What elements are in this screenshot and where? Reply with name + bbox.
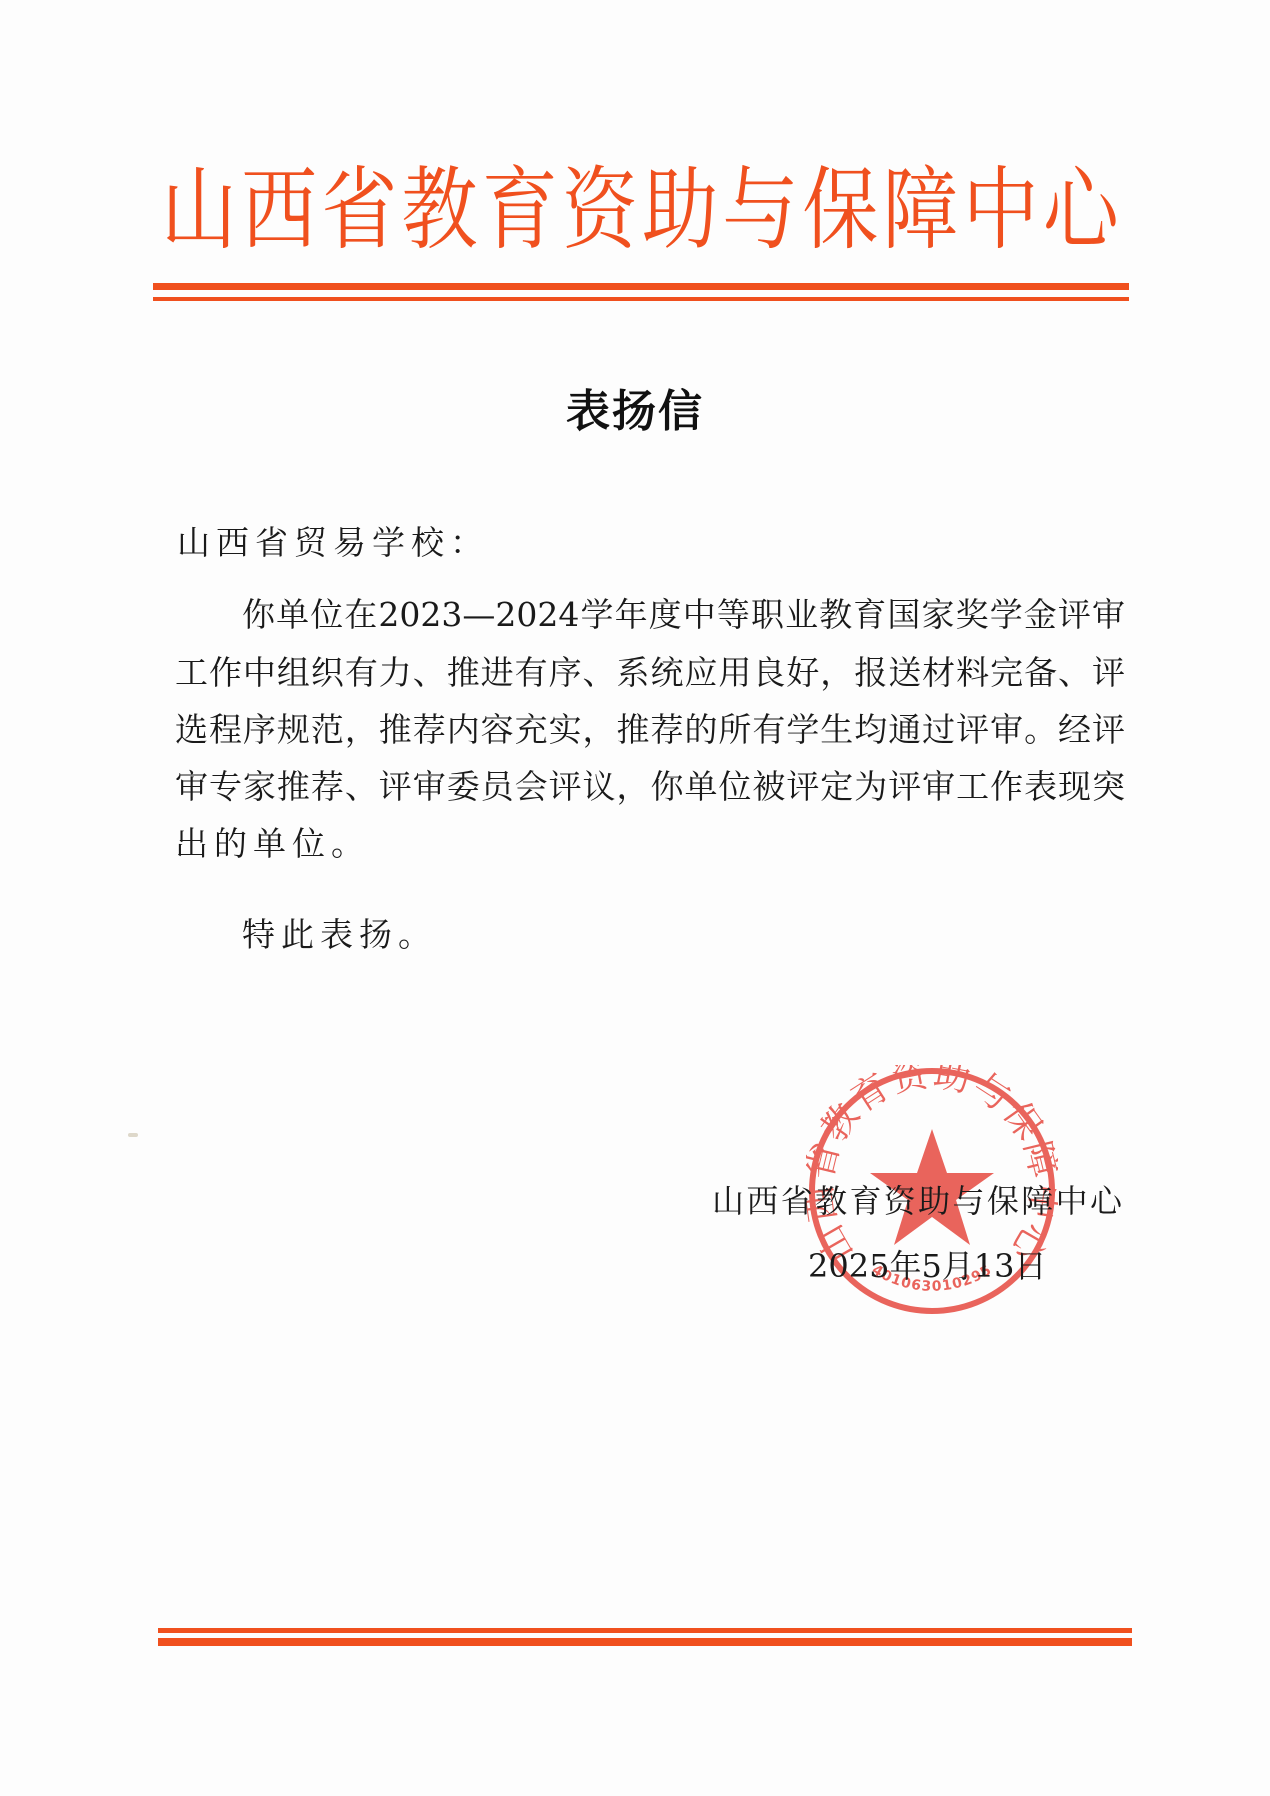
letterhead-organization: 山 西 省 教 育 资 助 与 保 障 中 心 — [160, 160, 1120, 260]
footer-rule-thick — [158, 1638, 1132, 1646]
document-page: 山 西 省 教 育 资 助 与 保 障 中 心 表扬信 山西省贸易学校： 你单位… — [0, 0, 1270, 1796]
footer-rule-thin — [158, 1628, 1132, 1633]
letterhead-char: 山 — [160, 151, 238, 269]
letterhead-char: 资 — [561, 151, 639, 269]
letterhead-char: 西 — [240, 151, 318, 269]
letterhead-char: 育 — [481, 151, 559, 269]
body-line: 工作中组织有力、推进有序、系统应用良好，报送材料完备、评 — [175, 650, 1125, 696]
letterhead-char: 助 — [641, 151, 719, 269]
closing-text: 特此表扬。 — [242, 912, 1125, 958]
header-rule-thin — [153, 297, 1129, 301]
salutation: 山西省贸易学校： — [177, 520, 489, 566]
signature-date: 2025年5月13日 — [808, 1243, 1047, 1289]
letter-title: 表扬信 — [0, 382, 1270, 442]
body-line: 你单位在2023—2024学年度中等职业教育国家奖学金评审 — [242, 592, 1125, 638]
letterhead-char: 与 — [721, 151, 799, 269]
signature-organization: 山西省教育资助与保障中心 — [712, 1178, 1122, 1224]
letterhead-char: 心 — [1042, 151, 1120, 269]
letterhead-char: 省 — [320, 151, 398, 269]
letterhead-char: 保 — [801, 151, 879, 269]
letterhead-char: 中 — [962, 151, 1040, 269]
letterhead-char: 障 — [882, 151, 960, 269]
body-line: 审专家推荐、评审委员会评议，你单位被评定为评审工作表现突 — [175, 764, 1125, 810]
body-line: 出的单位。 — [175, 821, 1125, 867]
scan-artifact — [128, 1133, 138, 1137]
header-rule-thick — [153, 283, 1129, 290]
body-line: 选程序规范，推荐内容充实，推荐的所有学生均通过评审。经评 — [175, 707, 1125, 753]
letterhead-char: 教 — [401, 151, 479, 269]
